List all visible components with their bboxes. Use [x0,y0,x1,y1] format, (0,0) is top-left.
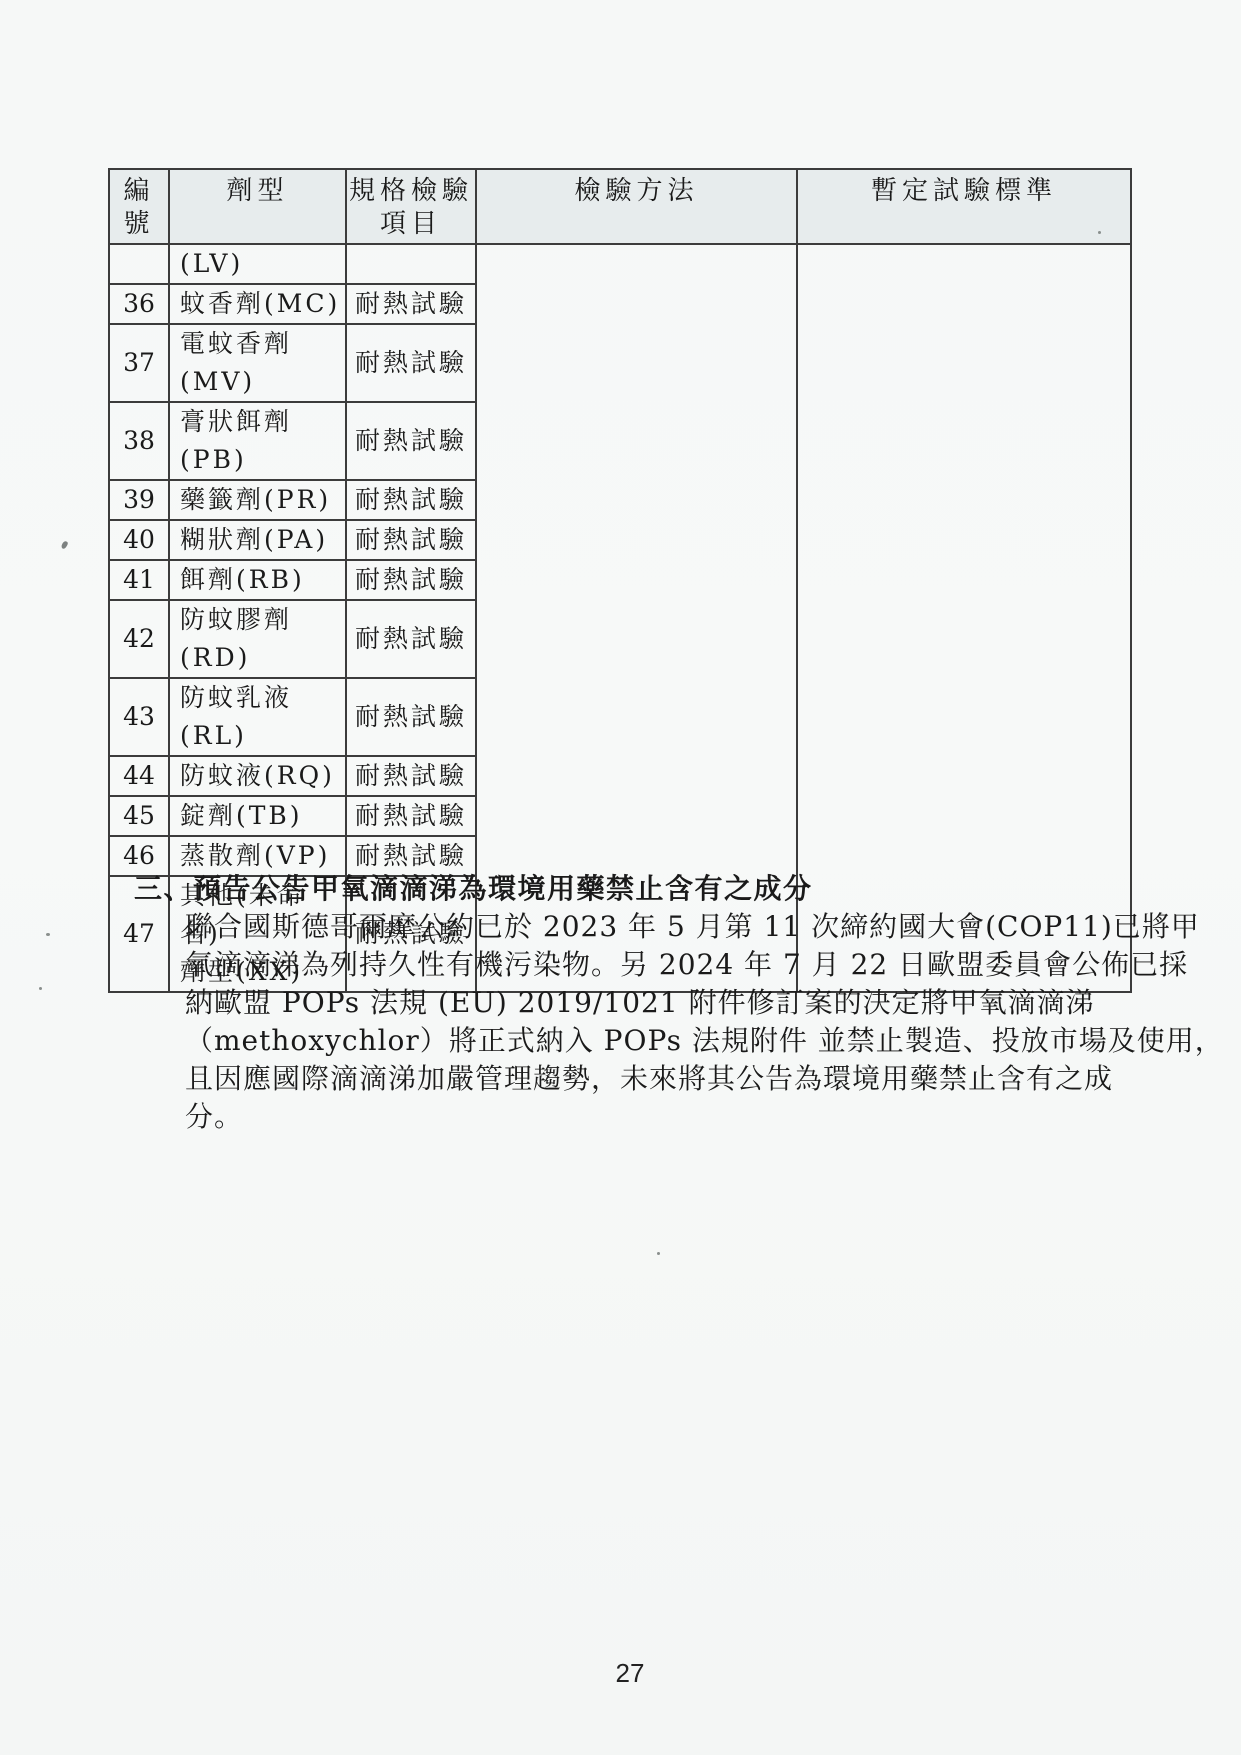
cell-no: 36 [109,284,169,324]
document-page: 編 號 劑型 規格檢驗 項目 檢驗方法 暫定試驗標準 (LV) 36 蚊香劑(M… [0,0,1241,1755]
cell-spec-test: 耐熱試驗 [346,480,476,520]
cell-type: 糊狀劑(PA) [169,520,346,560]
table-row: (LV) [109,244,1131,284]
cell-type: 膏狀餌劑(PB) [169,402,346,480]
cell-spec-test: 耐熱試驗 [346,284,476,324]
cell-spec-test: 耐熱試驗 [346,756,476,796]
scan-speck [60,540,68,549]
cell-no: 41 [109,560,169,600]
cell-spec-test: 耐熱試驗 [346,402,476,480]
col-header-type: 劑型 [169,169,346,244]
scan-speck [1098,231,1101,234]
cell-type: 錠劑(TB) [169,796,346,836]
cell-no: 37 [109,324,169,402]
cell-no: 39 [109,480,169,520]
cell-spec-test: 耐熱試驗 [346,520,476,560]
col-header-method: 檢驗方法 [476,169,797,244]
cell-type: 餌劑(RB) [169,560,346,600]
table-header-row: 編 號 劑型 規格檢驗 項目 檢驗方法 暫定試驗標準 [109,169,1131,244]
col-header-standard: 暫定試驗標準 [797,169,1131,244]
cell-type: (LV) [169,244,346,284]
scan-speck [46,933,50,936]
cell-no: 43 [109,678,169,756]
cell-no [109,244,169,284]
cell-spec-test: 耐熱試驗 [346,600,476,678]
cell-no: 42 [109,600,169,678]
page-number: 27 [600,1658,660,1689]
paragraph-line: 納歐盟 POPs 法規 (EU) 2019/1021 附件修訂案的決定將甲氧滴滴… [185,984,1144,1022]
paragraph-line: 聯合國斯德哥爾摩公約已於 2023 年 5 月第 11 次締約國大會(COP11… [185,908,1144,946]
cell-type: 防蚊液(RQ) [169,756,346,796]
cell-type: 藥籤劑(PR) [169,480,346,520]
scan-speck [39,987,42,990]
paragraph-line: 且因應國際滴滴涕加嚴管理趨勢，未來將其公告為環境用藥禁止含有之成 [185,1060,1144,1098]
cell-spec-test [346,244,476,284]
cell-no: 38 [109,402,169,480]
cell-type: 防蚊膠劑(RD) [169,600,346,678]
col-header-no: 編 號 [109,169,169,244]
cell-spec-test: 耐熱試驗 [346,324,476,402]
paragraph-line: （methoxychlor）將正式納入 POPs 法規附件 並禁止製造、投放市場… [185,1022,1144,1060]
cell-type: 防蚊乳液(RL) [169,678,346,756]
cell-type: 電蚊香劑 (MV) [169,324,346,402]
paragraph-line: 分。 [185,1098,1144,1136]
cell-type: 蚊香劑(MC) [169,284,346,324]
scan-speck [657,1252,660,1255]
section-heading: 三、預告公告甲氧滴滴涕為環境用藥禁止含有之成分 [134,870,1144,908]
methoxychlor-section: 三、預告公告甲氧滴滴涕為環境用藥禁止含有之成分 聯合國斯德哥爾摩公約已於 202… [134,870,1144,1136]
paragraph-line: 氧滴滴涕為列持久性有機污染物。另 2024 年 7 月 22 日歐盟委員會公佈已… [185,946,1144,984]
cell-spec-test: 耐熱試驗 [346,678,476,756]
cell-spec-test: 耐熱試驗 [346,796,476,836]
section-paragraph: 聯合國斯德哥爾摩公約已於 2023 年 5 月第 11 次締約國大會(COP11… [185,908,1144,1136]
cell-no: 45 [109,796,169,836]
cell-no: 40 [109,520,169,560]
col-header-spec: 規格檢驗 項目 [346,169,476,244]
cell-no: 44 [109,756,169,796]
cell-spec-test: 耐熱試驗 [346,560,476,600]
